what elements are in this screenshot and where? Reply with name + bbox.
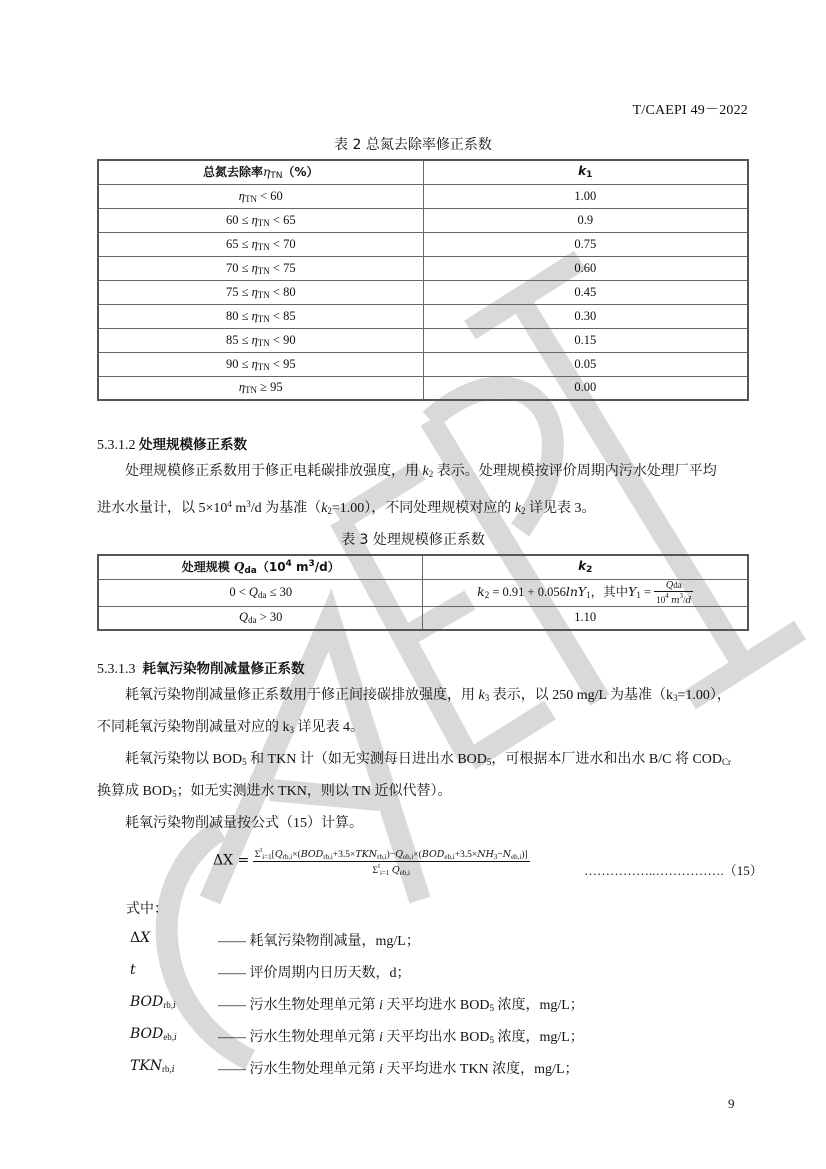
def-description: —— 耗氧污染物削减量，mg/L；: [218, 930, 420, 950]
table2-range: 80 ≤ ηTN < 85: [98, 304, 423, 328]
table2-range: 90 ≤ ηTN < 95: [98, 352, 423, 376]
section-5313-heading: 5.3.1.3 耗氧污染物削减量修正系数: [97, 657, 305, 678]
table2-col-header-rate: 总氮去除率ηTN（%）: [98, 160, 423, 184]
table3-range: Qda > 30: [98, 606, 423, 630]
def-symbol: BODrb,i: [130, 994, 176, 1011]
section-title: 处理规模修正系数: [139, 437, 247, 453]
table2-k1-value: 0.75: [423, 232, 748, 256]
table2-col-header-k1: k1: [423, 160, 748, 184]
table2-header-row: 总氮去除率ηTN（%） k1: [98, 160, 748, 184]
table2-range: 70 ≤ ηTN < 75: [98, 256, 423, 280]
section-number: 5.3.1.2: [97, 438, 136, 453]
section-5313-paragraph3: 耗氧污染物削减量按公式（15）计算。: [97, 808, 752, 840]
table-row: 75 ≤ ηTN < 800.45: [98, 280, 748, 304]
formula-15: ΔX = Σti=1[Qrb,i×(BODrb,i+3.5×TKNrb,i)−Q…: [213, 846, 530, 877]
table-row: 80 ≤ ηTN < 850.30: [98, 304, 748, 328]
table-row: 90 ≤ ηTN < 950.05: [98, 352, 748, 376]
table2-caption: 表 2 总氮去除率修正系数: [0, 134, 826, 154]
table-row: 60 ≤ ηTN < 650.9: [98, 208, 748, 232]
def-description: —— 污水生物处理单元第 i 天平均出水 BOD5 浓度，mg/L；: [218, 1026, 584, 1046]
standard-code: T/CAEPI 49－2022: [633, 99, 748, 119]
table3-header-row: 处理规模 Qda（104 m3/d） k2: [98, 555, 748, 579]
table3-k2-value: 1.10: [423, 606, 748, 630]
table2-k1-value: 0.05: [423, 352, 748, 376]
table3-range: 0 < Qda ≤ 30: [98, 579, 423, 606]
table-row: ηTN ≥ 950.00: [98, 376, 748, 400]
table2-range: 75 ≤ ηTN < 80: [98, 280, 423, 304]
section-5313-paragraph2-line2: 换算成 BOD5；如无实测进水 TKN，则以 TN 近似代替）。: [97, 776, 752, 810]
table2-range: ηTN ≥ 95: [98, 376, 423, 400]
table2-k1-value: 0.30: [423, 304, 748, 328]
def-description: —— 污水生物处理单元第 i 天平均进水 BOD5 浓度，mg/L；: [218, 994, 584, 1014]
table-row: 85 ≤ ηTN < 900.15: [98, 328, 748, 352]
def-description: —— 评价周期内日历天数，d；: [218, 962, 411, 982]
formula-leader: ……………..…………….: [584, 863, 724, 878]
table-row: ηTN < 601.00: [98, 184, 748, 208]
table2-range: 60 ≤ ηTN < 65: [98, 208, 423, 232]
section-5312-paragraph-line2: 进水水量计，以 5×104 m3/d 为基准（k2=1.00），不同处理规模对应…: [97, 488, 752, 527]
def-symbol: ΔX: [130, 930, 150, 946]
table2-range: ηTN < 60: [98, 184, 423, 208]
table2: 总氮去除率ηTN（%） k1 ηTN < 601.00 60 ≤ ηTN < 6…: [97, 159, 749, 401]
table2-k1-value: 0.15: [423, 328, 748, 352]
where-label: 式中：: [126, 898, 168, 918]
section-5313-paragraph2-line1: 耗氧污染物以 BOD5 和 TKN 计（如无实测每日进出水 BOD5，可根据本厂…: [97, 744, 752, 778]
section-5313-paragraph1-line2: 不同耗氧污染物削减量对应的 k3 详见表 4。: [97, 712, 752, 746]
table2-k1-value: 0.45: [423, 280, 748, 304]
formula-denominator: Σti=1 Qeb,i: [253, 862, 530, 877]
table2-range: 65 ≤ ηTN < 70: [98, 232, 423, 256]
def-symbol: BODeb,i: [130, 1026, 177, 1043]
def-symbol: t: [130, 962, 136, 978]
table3: 处理规模 Qda（104 m3/d） k2 0 < Qda ≤ 30 k2 = …: [97, 554, 749, 631]
formula-numerator: Σti=1[Qrb,i×(BODrb,i+3.5×TKNrb,i)−Qeb,i×…: [253, 846, 530, 862]
table2-k1-value: 1.00: [423, 184, 748, 208]
table2-k1-value: 0.9: [423, 208, 748, 232]
table-row: 70 ≤ ηTN < 750.60: [98, 256, 748, 280]
def-symbol: TKNrb,i: [130, 1058, 175, 1075]
table3-col-header-scale: 处理规模 Qda（104 m3/d）: [98, 555, 423, 579]
section-5312-paragraph-line1: 处理规模修正系数用于修正电耗碳排放强度，用 k2 表示。处理规模按评价周期内污水…: [97, 456, 752, 490]
table2-range: 85 ≤ ηTN < 90: [98, 328, 423, 352]
table2-k1-value: 0.00: [423, 376, 748, 400]
def-description: —— 污水生物处理单元第 i 天平均进水 TKN 浓度，mg/L；: [218, 1058, 579, 1078]
table-row: Qda > 30 1.10: [98, 606, 748, 630]
formula-fraction: Σti=1[Qrb,i×(BODrb,i+3.5×TKNrb,i)−Qeb,i×…: [253, 846, 530, 877]
section-title: 耗氧污染物削减量修正系数: [143, 661, 305, 677]
formula-lhs: ΔX =: [213, 853, 249, 869]
table2-k1-value: 0.60: [423, 256, 748, 280]
table3-k2-formula: k2 = 0.91 + 0.056lnY1，其中Y1 = Qda104 m3/d: [423, 579, 748, 606]
table-row: 65 ≤ ηTN < 700.75: [98, 232, 748, 256]
section-5312-heading: 5.3.1.2 处理规模修正系数: [97, 433, 247, 454]
section-number: 5.3.1.3: [97, 662, 136, 677]
formula-number: （15）: [724, 863, 763, 878]
page-number: 9: [728, 1096, 735, 1112]
section-5313-paragraph1-line1: 耗氧污染物削减量修正系数用于修正间接碳排放强度，用 k3 表示，以 250 mg…: [97, 680, 752, 714]
table3-caption: 表 3 处理规模修正系数: [0, 529, 826, 549]
table3-col-header-k2: k2: [423, 555, 748, 579]
table-row: 0 < Qda ≤ 30 k2 = 0.91 + 0.056lnY1，其中Y1 …: [98, 579, 748, 606]
formula-number-line: ……………..…………….（15）: [584, 860, 763, 879]
